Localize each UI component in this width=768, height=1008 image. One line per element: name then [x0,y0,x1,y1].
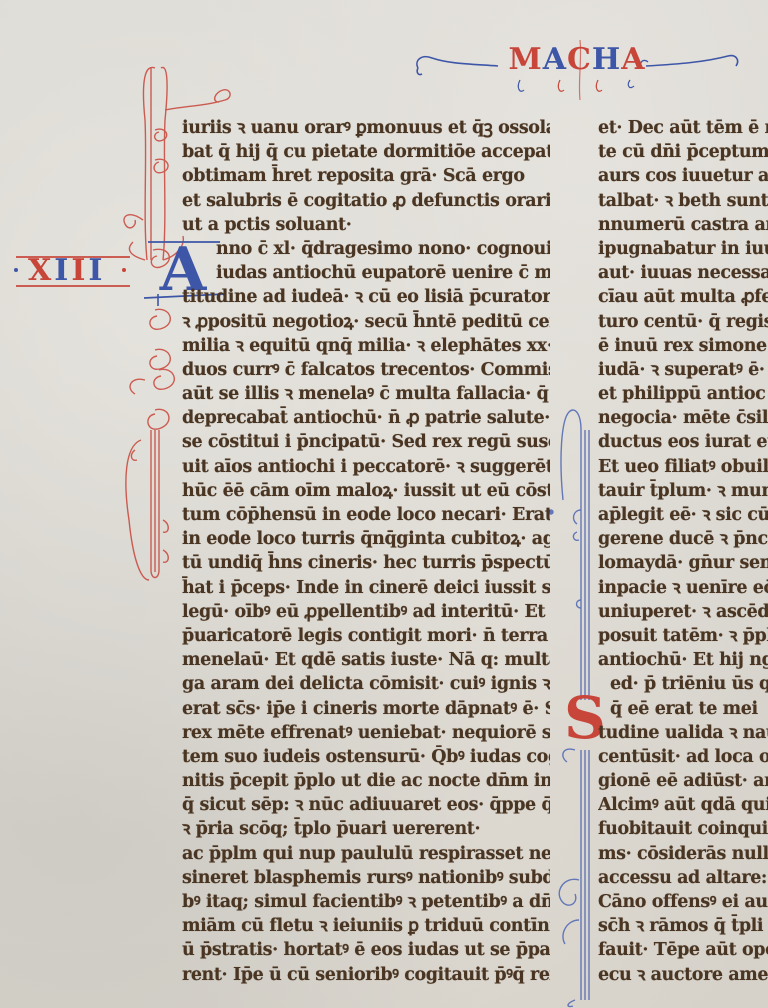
text-line: se cōstitui i p̄ncipatū· Sed rex regū su… [182,430,550,454]
running-header-title: MACHA [502,42,652,77]
chapter-dot-left [14,268,18,272]
text-line: et· Dec aūt tēm ē m [598,116,768,140]
text-line: ac p̄plm qui nup paululū respirasset ne [182,842,550,866]
text-line: erat sc̄s· ip̄e i cineris morte dāpnatꝰ … [182,697,550,721]
text-line: tauir t̄plum· ꝛ muni [598,479,768,503]
text-line: fuobitauit coinquiu [598,817,768,841]
text-line: fauit· Tēpe aūt oportu [598,938,768,962]
text-line: antiochū· Et hij ng [598,648,768,672]
text-line: posuit tatēm· ꝛ p̄plm [598,624,768,648]
text-line: ū p̄stratis· hortatꝰ ē eos iudas ut se p… [182,938,550,962]
text-line: gionē eē adiūst· anthi [598,769,768,793]
text-line: bat q̄ hij q̄ cu pietate dormitiōe accep… [182,140,550,164]
manuscript-page: MACHA XIII [0,0,768,1008]
text-line: duos currꝰ c̄ falcatos trecentos· Commis… [182,358,550,382]
text-line: nno c̄ xl· q̄dragesimo nono· cognouit [182,237,550,261]
text-line: rex mēte effrenatꝰ ueniebat· nequiorē se… [182,721,550,745]
text-line: ecu ꝛ auctore amentiē [598,963,768,987]
text-line: h̄at i p̄ceps· Inde in cinerē deici iuss… [182,576,550,600]
text-line: tem suo iudeis ostensurū· Q̄bꝰ iudas cog [182,745,550,769]
text-line: obtimam h̄ret reposita grā· Scā ergo [182,164,550,188]
text-line: ꝛ ꝓpositū negotioꝝ· secū h̄ntē peditū ce… [182,310,550,334]
text-line: Et ueo filiatꝰ obuil [598,455,768,479]
text-line: cīau aūt multa ꝓfe [598,285,768,309]
text-line: et salubris ē cogitatio ꝓ defunctis orar… [182,189,550,213]
text-line: uniuperet· ꝛ ascēdit [598,600,768,624]
text-line: et philippū antioc [598,382,768,406]
text-line: iudas antiochū eupatorē uenire c̄ mul [182,261,550,285]
text-line: tū undiq̄ h̄ns cineris· hec turris p̄spe… [182,551,550,575]
text-line: sc̄h ꝛ rāmos q̄ t̄pli eē [598,914,768,938]
text-line: in eode loco turris q̄nq̄ginta cubitoꝝ· … [182,527,550,551]
text-line: ed· p̄ triēniu ūs q [598,672,768,696]
text-line: tudine ualida ꝛ nau [598,721,768,745]
text-line: aūt se illis ꝛ menelaꝰ c̄ multa fallacia… [182,382,550,406]
text-line: miām cū fletu ꝛ ieiuniis ꝑ triduū contīn… [182,914,550,938]
text-line: tum cōp̄hensū in eode loco necari· Erat … [182,503,550,527]
text-line: legū· oībꝰ eū ꝓpellentibꝰ ad interitū· E… [182,600,550,624]
running-header: MACHA [410,40,740,100]
chapter-dot-right [122,268,126,272]
text-line: talbat· ꝛ beth sunt q̄ [598,189,768,213]
text-line: ap̄legit eē· ꝛ sic cū ap [598,503,768,527]
text-line: lomaydā· gn̄ur sem [598,551,768,575]
text-column-left: iuriis ꝛ uanu orarꝰ ꝑmonuus et q̄ꝫ ossol… [182,116,550,987]
text-line: ductus eos iurat et [598,430,768,454]
text-line: ms· cōsiderās nullo m [598,842,768,866]
text-line: deprecabat̄ antiochū· n̄ ꝓ patrie salute… [182,406,550,430]
chapter-numeral: XIII [28,256,105,286]
text-line: inpacie ꝛ uenīre eō [598,576,768,600]
text-line: accessu ad altare: uēi [598,866,768,890]
text-line: hūc ēē cām oīm maloꝝ· iussit ut eū cōsti… [182,479,550,503]
text-line: bꝰ itaq; simul facientibꝰ ꝛ petentibꝰ a … [182,890,550,914]
text-line: iuriis ꝛ uanu orarꝰ ꝑmonuus et q̄ꝫ ossol… [182,116,550,140]
text-line: centūsit· ad loca opor [598,745,768,769]
text-line: q̄ sicut sēp: ꝛ nūc adiuuaret eos· q̄ppe… [182,793,550,817]
text-line: negocia· mēte c̄siliar [598,406,768,430]
text-line: rent· Ip̄e ū cū senioribꝰ cogitauit p̄ꝰq… [182,963,550,987]
text-line: ꝛ p̄ria scōq; t̄plo p̄uari uererent· [182,817,550,841]
chapter-number: XIII [12,252,130,292]
text-line: aurs cos iuuetur an [598,164,768,188]
text-line: Cāno offensꝰ ei aurū [598,890,768,914]
text-line: ipugnabatur in iuue [598,237,768,261]
text-line: uit aīos antiochi i peccatorē· ꝛ suggerē… [182,455,550,479]
text-line: p̄uaricatorē legis contigit mori· n̄ ter… [182,624,550,648]
text-line: titudine ad iudeā· ꝛ cū eo lisiā p̄curat… [182,285,550,309]
text-line: ga aram dei delicta cōmisit· cuiꝰ ignis … [182,672,550,696]
text-line: nnumerū castra an [598,213,768,237]
text-line: aut· iuuas necessari [598,261,768,285]
text-line: ut a pctis soluant· [182,213,550,237]
text-column-right: et· Dec aūt tēm ē m te cū dn̄i p̄ceptum·… [598,116,768,987]
text-line: te cū dn̄i p̄ceptum· g [598,140,768,164]
text-line: milia ꝛ equitū qnq̄ milia· ꝛ elephātes x… [182,334,550,358]
text-line: gerene ducē ꝛ p̄ncipē [598,527,768,551]
text-line: iudā· ꝛ superatꝰ ē· r· [598,358,768,382]
text-line: q̄ eē erat te mei [598,697,768,721]
text-line: turo centū· q̄ regis [598,310,768,334]
text-line: sineret blasphemis rursꝰ nationibꝰ subdi… [182,866,550,890]
text-line: Alcimꝰ aūt qdā qui [598,793,768,817]
text-line: ē inuū rex simone [598,334,768,358]
text-line: menelaū· Et qdē satis iuste· Nā q: multa… [182,648,550,672]
text-line: nitis p̄cepit p̄plo ut die ac nocte dn̄m… [182,769,550,793]
